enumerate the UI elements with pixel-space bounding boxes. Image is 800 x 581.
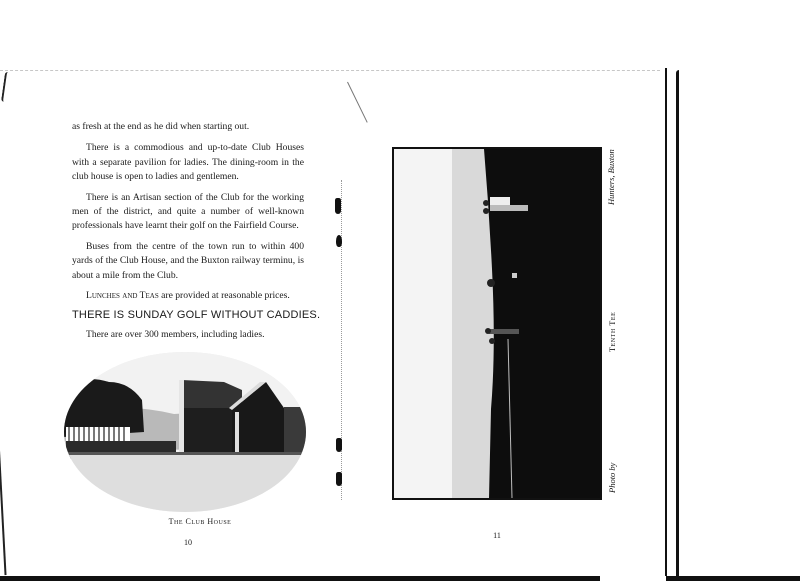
club-house-illustration [64,352,306,512]
paragraph-club-houses: There is a commodious and up-to-date Clu… [72,141,304,184]
tenth-tee-photo [392,147,602,500]
cover-edge-inner [665,68,667,580]
binding-stitch-icon [336,235,342,247]
page-left-curl [1,72,11,103]
cover-edge-outer [676,70,679,580]
binding-stitch-icon [335,198,341,214]
tenth-tee-illustration [394,149,600,498]
paragraph-artisan-section: There is an Artisan section of the Club … [72,191,304,234]
sunday-golf-notice: THERE IS SUNDAY GOLF WITHOUT CADDIES. [72,309,304,321]
page-left-edge [0,440,11,575]
paragraph-members: There are over 300 members, including la… [72,328,304,342]
binding-stitch-icon [336,472,342,486]
paragraph-continuation: as fresh at the end as he did when start… [72,120,304,134]
binding-gutter [341,180,343,500]
photo-credit-studio: Hunters, Buxton [606,149,616,205]
left-page-text: as fresh at the end as he did when start… [72,120,304,349]
page-number-right: 11 [487,531,507,540]
photo-title-tenth-tee: Tenth Tee [608,312,617,352]
paragraph-lunches: Lunches and Teas are provided at reasona… [72,289,304,303]
paragraph-buses: Buses from the centre of the town run to… [72,240,304,283]
club-house-photo [64,352,306,512]
page-bottom-edge [0,576,800,581]
club-house-caption: The Club House [150,517,250,526]
binding-stitch-icon [336,438,342,452]
photo-credit-label: Photo by [607,463,617,493]
page-number-left: 10 [178,538,198,547]
page-fold-mark [347,82,368,123]
page-top-edge [0,70,660,71]
lunches-text: are provided at reasonable prices. [159,290,290,301]
lunches-heading: Lunches and Teas [86,290,159,301]
